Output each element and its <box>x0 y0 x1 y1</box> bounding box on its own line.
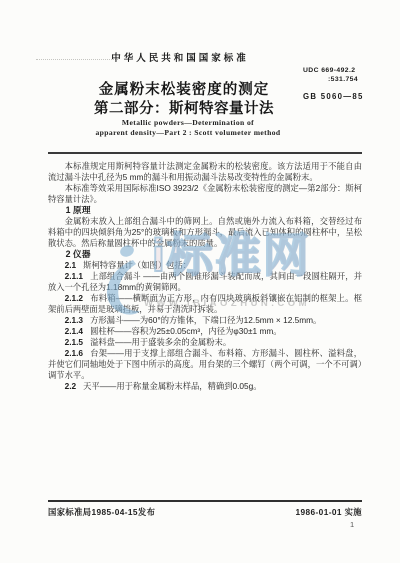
document-title-cn-line2: 第二部分：斯柯特容量计法 <box>0 97 368 118</box>
document-title-en-line1: Metallic powders—Determination of <box>0 118 376 127</box>
document-body: 本标准规定用斯柯特容量计法测定金属粉末的松装密度。该方法适用于不能自由流过漏斗法… <box>48 161 362 392</box>
footer: 国家标准局1985-04-15发布 1986-01-01 实施 <box>48 506 362 518</box>
apparatus-item: 2.1.6台架——用于支撑上部组合漏斗、布料箱、方形漏斗、圆柱杯、溢料盘，并使它… <box>48 348 362 381</box>
principle-paragraph: 金属粉末放入上部组合漏斗中的筛网上。自然或施外力流入布料箱，交替经过布料箱中的四… <box>48 216 362 249</box>
item-text: 布料箱——横断面为正方形，内有四块玻璃板斜镶嵌在铝制的框架上。框架前后两壁面是玻… <box>48 293 362 314</box>
item-number: 2.1.1 <box>65 271 83 281</box>
intro-paragraph-2: 本标准等效采用国际标准ISO 3923/2《金属粉末松装密度的测定—第2部分：斯… <box>48 183 362 205</box>
item-number: 2.2 <box>65 381 77 391</box>
apparatus-item: 2.1.4圆柱杯——容积为25±0.05cm³，内径为φ30±1 mm。 <box>48 326 362 337</box>
header-divider-rule <box>48 152 362 154</box>
item-text: 溢料盘——用于盛装多余的金属粉末。 <box>90 337 231 347</box>
item-text: 天平——用于称量金属粉末样品，精确到0.05g。 <box>83 381 261 391</box>
apparatus-item: 2.1.2布料箱——横断面为正方形，内有四块玻璃板斜镶嵌在铝制的框架上。框架前后… <box>48 293 362 315</box>
section-heading-apparatus: 2 仪器 <box>48 249 362 260</box>
apparatus-item: 2.1.5溢料盘——用于盛装多余的金属粉末。 <box>48 337 362 348</box>
item-number: 2.1.4 <box>65 326 83 336</box>
footer-implemented-date: 1986-01-01 实施 <box>295 506 362 518</box>
item-text: 台架——用于支撑上部组合漏斗、布料箱、方形漏斗、圆柱杯、溢料盘，并使它们同轴地处… <box>48 348 362 380</box>
apparatus-item: 2.1.1上部组合漏斗 ——由两个圆锥形漏斗装配而成，其间由一段圆柱隔开，并放入… <box>48 271 362 293</box>
item-number: 2.1.3 <box>65 315 83 325</box>
footer-divider-rule <box>48 500 362 502</box>
item-text: 上部组合漏斗 ——由两个圆锥形漏斗装配而成，其间由一段圆柱隔开，并放入一个孔径为… <box>48 271 362 292</box>
document-title-en-line2: apparent density—Part 2 : Scott volumete… <box>0 128 376 137</box>
apparatus-item: 2.2天平——用于称量金属粉末样品，精确到0.05g。 <box>48 381 362 392</box>
standard-document-page: 中华人民共和国国家标准 UDC 669-492.2 :531.754 GB 50… <box>0 0 400 563</box>
item-number: 2.1.2 <box>65 293 83 303</box>
udc-line1: UDC 669-492.2 <box>303 67 355 74</box>
section-heading-principle: 1 原理 <box>48 205 362 216</box>
intro-paragraph-1: 本标准规定用斯柯特容量计法测定金属粉末的松装密度。该方法适用于不能自由流过漏斗法… <box>48 161 362 183</box>
footer-issued-date: 国家标准局1985-04-15发布 <box>48 506 155 518</box>
document-title-cn-line1: 金属粉末松装密度的测定 <box>0 78 368 99</box>
item-text: 方形漏斗——为60°的方锥体，下端口径为12.5mm × 12.5mm。 <box>90 315 321 325</box>
item-text: 圆柱杯——容积为25±0.05cm³，内径为φ30±1 mm。 <box>90 326 282 336</box>
item-number: 2.1.5 <box>65 337 83 347</box>
apparatus-item: 2.1.3方形漏斗——为60°的方锥体，下端口径为12.5mm × 12.5mm… <box>48 315 362 326</box>
item-text: 斯柯特容量计（如图）包括： <box>83 260 191 270</box>
item-number: 2.1.6 <box>65 348 83 358</box>
national-standard-label: 中华人民共和国国家标准 <box>0 50 360 64</box>
item-number: 2.1 <box>65 260 77 270</box>
page-number: 1 <box>350 520 354 529</box>
apparatus-item: 2.1斯柯特容量计（如图）包括： <box>48 260 362 271</box>
